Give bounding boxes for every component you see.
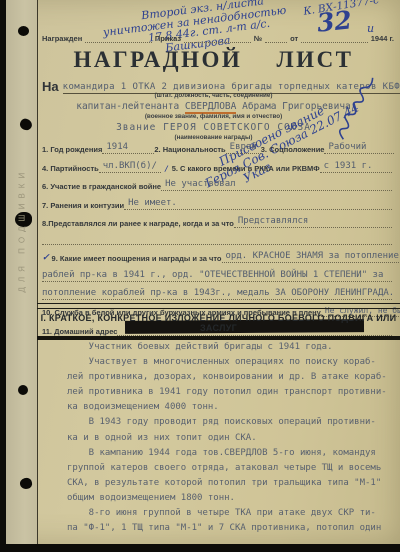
ink-slash-mark: / (165, 164, 168, 173)
field-row-3: 6. Участие в гражданской войне Не участв… (42, 179, 392, 191)
blank-rule-row (42, 235, 392, 245)
blank-rule (301, 33, 368, 43)
document-photo: ДЛЯ ПОДШИВКИ Второй экз. н/листа уничтож… (0, 0, 400, 552)
field9-value-line3: потопление кораблей пр-ка в 1943г., меда… (42, 288, 392, 300)
blank-rule (42, 235, 392, 245)
rank-value: капитан-лейтенанта (76, 101, 185, 112)
citation-body: Участник боевых действий бригады с 1941 … (67, 340, 396, 536)
year-label: 1944 г. (371, 34, 394, 43)
field5-value: с 1931 г. (320, 161, 392, 173)
body-line: па "Ф-1", 1 ТЩ типа "М-1" и 7 СКА против… (67, 521, 396, 536)
field1-label: 1. Год рождения (42, 145, 102, 154)
field-row-2: 4. Партийность чл.ВКП(б)/ / 5. С какого … (42, 161, 392, 173)
field2-value: Еврей (226, 142, 261, 154)
paper-sheet: ДЛЯ ПОДШИВКИ Второй экз. н/листа уничтож… (6, 0, 400, 544)
field9-value-line2: раблей пр-ка в 1941 г., орд. "ОТЕЧЕСТВЕН… (42, 270, 392, 282)
header-awarded-row: Награжден Приказ № от 1944 г. (42, 33, 394, 43)
section-title: I. КРАТКОЕ, КОНКРЕТНОЕ ИЗЛОЖЕНИЕ ЛИЧНОГО… (37, 309, 400, 336)
field-row-5: 8.Представлялся ли ранее к награде, когд… (42, 216, 392, 228)
punch-hole (18, 117, 33, 131)
punch-hole (19, 477, 33, 491)
body-line: Участник боевых действий бригады с 1941 … (67, 340, 396, 355)
field-row-1: 1. Год рождения 1914 2. Национальность Е… (42, 142, 392, 154)
body-line: группой катеров своего отряда, атаковал … (67, 461, 396, 476)
blank-rule (265, 33, 287, 43)
from-label: от (290, 34, 298, 43)
field-row-6: ✓ 9. Какие имеет поощрения и награды и з… (42, 251, 392, 263)
field9-value-line1: орд. КРАСНОЕ ЗНАМЯ за потопление ко- (222, 251, 400, 263)
awarded-label: Награжден (42, 34, 82, 43)
field4-label: 4. Партийность (42, 164, 99, 173)
body-line: лей противника в 1941 году потопил один … (67, 385, 396, 400)
order-label: Приказ (155, 34, 181, 43)
body-line: В 1943 году проводит ряд поисковых опера… (67, 415, 396, 430)
field4-value: чл.ВКП(б)/ (99, 161, 161, 173)
section-header: I. КРАТКОЕ, КОНКРЕТНОЕ ИЗЛОЖЕНИЕ ЛИЧНОГО… (37, 303, 400, 340)
punch-hole (18, 385, 28, 395)
field8-value: Представлялся (234, 216, 392, 228)
body-line: Участвует в многочисленных операциях по … (67, 355, 396, 370)
body-line: лей противника, дозорах, конвоировании и… (67, 370, 396, 385)
field-row-4: 7. Ранения и контузии Не имеет. (42, 198, 392, 210)
ink-check-mark: ✓ (42, 253, 50, 263)
body-line: В кампанию 1944 года тов.СВЕРДЛОВ 5-го и… (67, 446, 396, 461)
blank-rule (184, 33, 251, 43)
field8-label: 8.Представлялся ли ранее к награде, когд… (42, 219, 234, 228)
field3-value: Рабочий (324, 142, 394, 154)
field2-label: 2. Национальность (154, 145, 225, 154)
field1-value: 1914 (102, 142, 154, 154)
binding-vertical-label: ДЛЯ ПОДШИВКИ (18, 193, 27, 293)
field6-value: Не участвовал (161, 179, 392, 191)
field3-label: 3. Соцположение (261, 145, 325, 154)
field5-label: 5. С какого времени в РККА или РКВМФ (172, 164, 320, 173)
body-line: ка водоизмещением 4000 тонн. (67, 400, 396, 415)
body-line: ка и в одной из них топит один СКА. (67, 431, 396, 446)
field6-label: 6. Участие в гражданской войне (42, 182, 161, 191)
number-label: № (254, 34, 262, 43)
punch-hole (18, 26, 29, 36)
field7-value: Не имеет. (124, 198, 392, 210)
body-line: СКА, в результате которой потопил три тр… (67, 476, 396, 491)
binding-strip: ДЛЯ ПОДШИВКИ (6, 0, 38, 544)
field9-label: 9. Какие имеет поощрения и награды и за … (52, 254, 222, 263)
award-form: Второй экз. н/листа уничтожен за ненадоб… (37, 0, 400, 544)
form-title: НАГРАДНОЙ ЛИСТ (37, 47, 390, 73)
body-line: 8-го июня группой в четыре ТКА при атаке… (67, 506, 396, 521)
field7-label: 7. Ранения и контузии (42, 201, 124, 210)
thick-rule (37, 336, 400, 340)
body-line: общим водоизмещением 1800 тонн. (67, 491, 396, 506)
blank-rule (85, 33, 152, 43)
